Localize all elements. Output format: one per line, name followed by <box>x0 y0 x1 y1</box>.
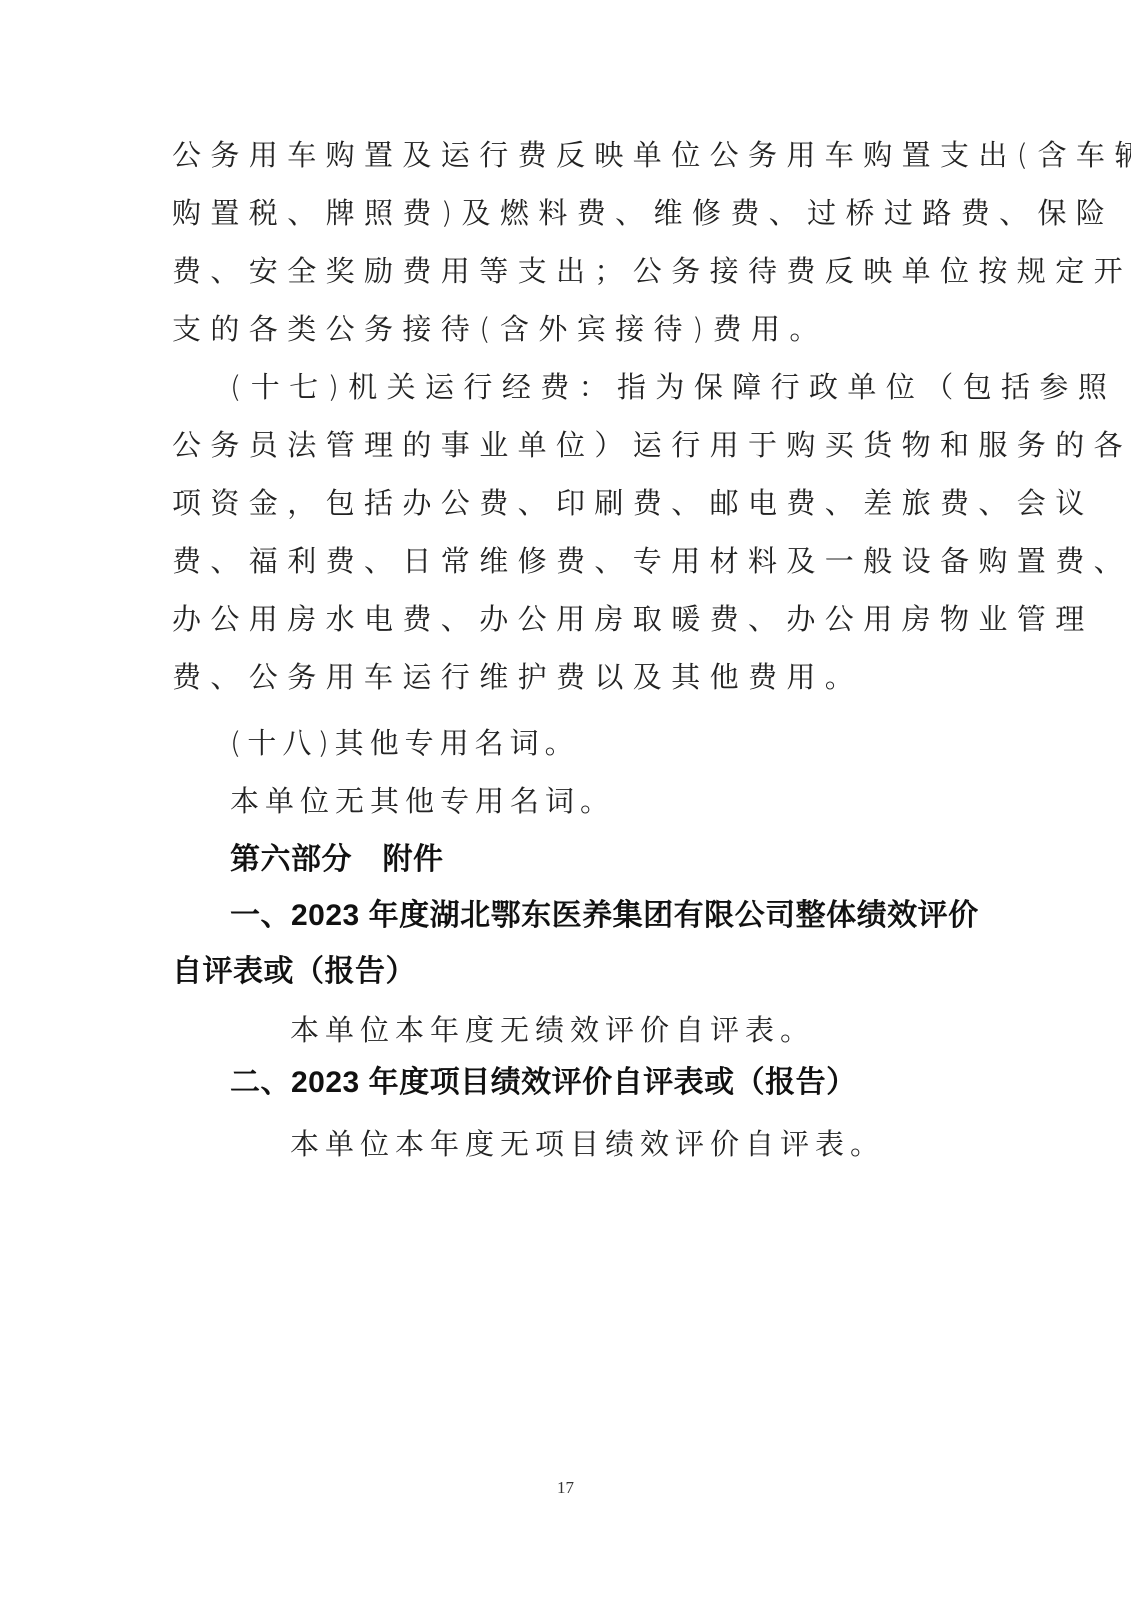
attachment-1-title: 一、2023 年度湖北鄂东医养集团有限公司整体绩效评价 <box>230 899 958 933</box>
attachment-2-note: 本单位本年度无项目绩效评价自评表。 <box>290 1127 885 1161</box>
item-18-body: 本单位无其他专用名词。 <box>230 784 615 818</box>
item-18-heading: (十八)其他专用名词。 <box>230 726 580 760</box>
paragraph-line: (十七)机关运行经费：指为保障行政单位（包括参照 <box>230 370 960 404</box>
document-page: 公务用车购置及运行费反映单位公务用车购置支出(含车辆 购置税、牌照费)及燃料费、… <box>0 0 1131 1600</box>
attachment-1-title-cont: 自评表或（报告） <box>172 955 416 989</box>
section-heading: 第六部分 附件 <box>230 843 444 877</box>
paragraph-line: 公务员法管理的事业单位）运行用于购买货物和服务的各 <box>172 428 962 462</box>
paragraph-line: 费、福利费、日常维修费、专用材料及一般设备购置费、 <box>172 544 962 578</box>
page-number: 17 <box>0 1478 1131 1498</box>
paragraph-line: 费、安全奖励费用等支出；公务接待费反映单位按规定开 <box>172 254 962 288</box>
paragraph-line: 支的各类公务接待(含外宾接待)费用。 <box>172 312 962 346</box>
paragraph-line: 购置税、牌照费)及燃料费、维修费、过桥过路费、保险 <box>172 196 962 230</box>
attachment-1-note: 本单位本年度无绩效评价自评表。 <box>290 1013 815 1047</box>
attachment-2-title: 二、2023 年度项目绩效评价自评表或（报告） <box>230 1066 857 1100</box>
paragraph-line: 费、公务用车运行维护费以及其他费用。 <box>172 660 962 694</box>
paragraph-line: 办公用房水电费、办公用房取暖费、办公用房物业管理 <box>172 602 962 636</box>
paragraph-line: 公务用车购置及运行费反映单位公务用车购置支出(含车辆 <box>172 138 962 172</box>
paragraph-line: 项资金，包括办公费、印刷费、邮电费、差旅费、会议 <box>172 486 962 520</box>
